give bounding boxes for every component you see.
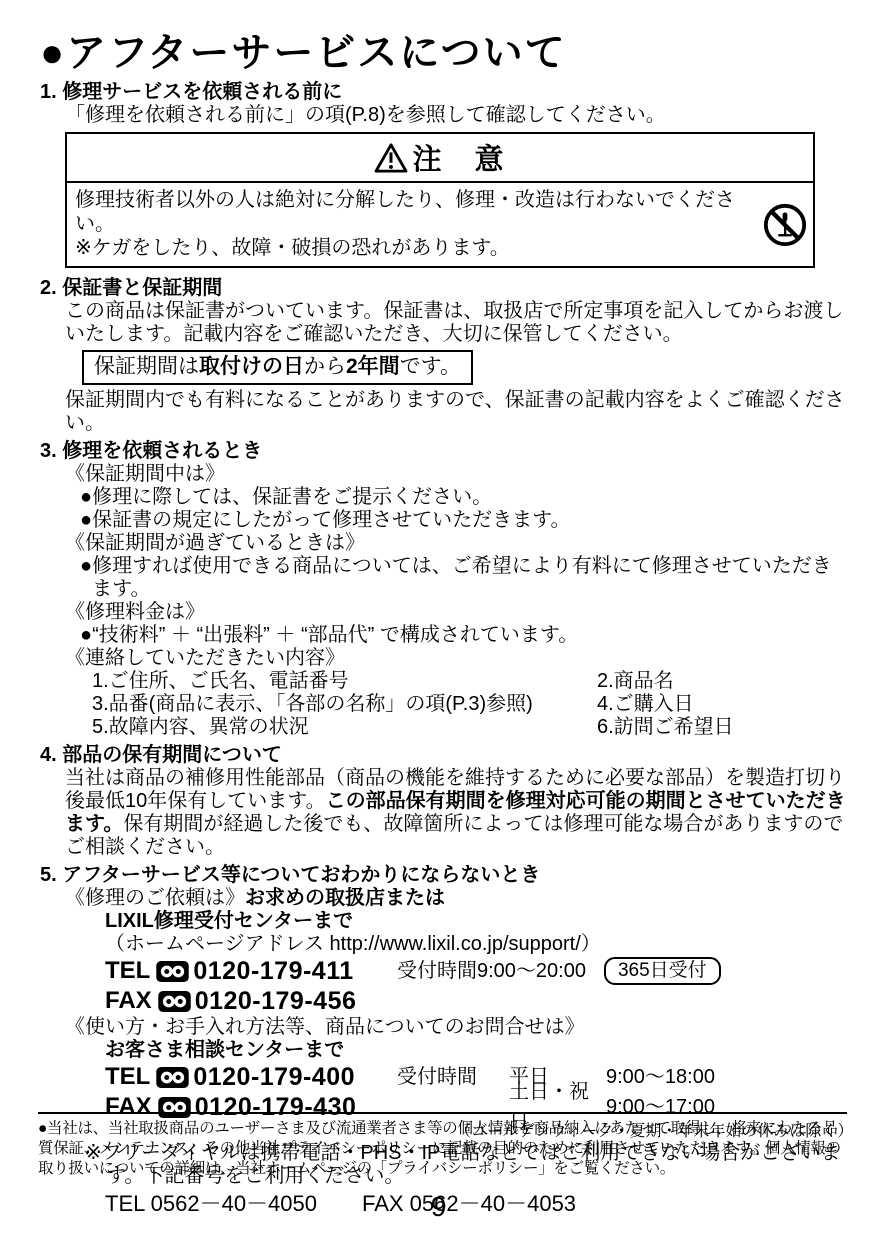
repair-center-line: LIXIL修理受付センターまで（ホームページアドレス http://www.li… <box>105 910 847 956</box>
no-disassembly-icon <box>762 202 808 248</box>
tel-label: TEL <box>105 956 150 986</box>
repair-request-line: 《修理のご依頼は》お求めの取扱店または <box>65 887 847 910</box>
freedial-icon <box>158 991 191 1012</box>
during-warranty-label: 《保証期間中は》 <box>65 463 847 486</box>
bullet-icon: ● <box>80 555 92 601</box>
page-number: 9 <box>0 1192 877 1222</box>
repair-request-bold: お求めの取扱店または <box>245 887 445 909</box>
section2-body: この商品は保証書がついています。保証書は、取扱店で所定事項を記入してからお渡しい… <box>65 300 847 346</box>
warranty-period-box: 保証期間は取付けの日から2年間です。 <box>82 350 473 385</box>
list-item: ● 修理に際しては、保証書をご提示ください。 <box>80 486 847 509</box>
list-item: ● “技術料” ＋ “出張料” ＋ “部品代” で構成されています。 <box>80 624 847 647</box>
bullet-icon: ● <box>80 624 92 647</box>
freedial-icon <box>156 1067 189 1088</box>
bullet-icon: ● <box>80 486 92 509</box>
contact-info-item: 5.故障内容、異常の状況 <box>92 716 597 739</box>
bullet-icon: ● <box>40 30 64 76</box>
fax1-number: 0120-179-456 <box>195 986 357 1016</box>
contact-info-item: 4.ご購入日 <box>597 693 694 716</box>
contact-info-row: 3.品番(商品に表示、「各部の名称」の項(P.3)参照) 4.ご購入日 <box>92 693 847 716</box>
fax1-number-group: FAX 0120-179-456 <box>105 986 397 1016</box>
privacy-footer: ●当社は、当社取扱商品のユーザーさま及び流通業者さま等の個人情報を商品納入にあた… <box>38 1112 847 1179</box>
page-title-text: アフターサービスについて <box>66 30 566 76</box>
manual-page: ● アフターサービスについて 1. 修理サービスを依頼される前に 「修理を依頼さ… <box>0 0 877 1240</box>
inquiry-label: 《使い方・お手入れ方法等、商品についてのお問合せは》 <box>65 1016 847 1039</box>
weekday-hours: 9:00～18:00 <box>606 1062 715 1092</box>
tel-label: TEL <box>105 1062 150 1092</box>
warranty-mid: から <box>304 355 346 378</box>
tel1-row: TEL 0120-179-411 受付時間9:00～20:00 365日受付 <box>105 956 847 986</box>
repair-center-url: （ホームページアドレス http://www.lixil.co.jp/suppo… <box>105 933 601 955</box>
section1-body: 「修理を依頼される前に」の項(P.8)を参照して確認してください。 <box>65 104 847 127</box>
fax1-row: FAX 0120-179-456 <box>105 986 847 1016</box>
after-warranty-label: 《保証期間が過ぎているときは》 <box>65 532 847 555</box>
list-item-text: 修理に際しては、保証書をご提示ください。 <box>92 486 492 509</box>
warranty-bold-two-years: 2年間 <box>346 355 400 378</box>
contact-info-item: 6.訪問ご希望日 <box>597 716 734 739</box>
list-item: ● 修理すれば使用できる商品については、ご希望により有料にて修理させていただきま… <box>80 555 847 601</box>
section3-heading: 3. 修理を依頼されるとき <box>40 439 847 463</box>
page-title: ● アフターサービスについて <box>40 30 847 76</box>
warranty-text: 保証期間は <box>94 355 199 378</box>
caution-header: 注 意 <box>67 134 813 183</box>
tel2-number-group: TEL 0120-179-400 <box>105 1062 397 1092</box>
list-item-text: “技術料” ＋ “出張料” ＋ “部品代” で構成されています。 <box>92 624 578 647</box>
contact-info-item: 3.品番(商品に表示、「各部の名称」の項(P.3)参照) <box>92 693 597 716</box>
caution-line1: 修理技術者以外の人は絶対に分解したり、修理・改造は行わないでください。 <box>75 188 753 236</box>
contact-info-label: 《連絡していただきたい内容》 <box>65 647 847 670</box>
hours-label: 受付時間 <box>397 1062 509 1092</box>
caution-body: 修理技術者以外の人は絶対に分解したり、修理・改造は行わないでください。 ※ケガを… <box>67 183 813 266</box>
tel1-hours: 受付時間9:00～20:00 <box>397 956 586 986</box>
contact-info-row: 1.ご住所、ご氏名、電話番号 2.商品名 <box>92 670 847 693</box>
tel2-number: 0120-179-400 <box>193 1062 355 1092</box>
repair-request-label: 《修理のご依頼は》 <box>65 887 245 909</box>
contact-info-item: 1.ご住所、ご氏名、電話番号 <box>92 670 597 693</box>
freedial-icon <box>156 961 189 982</box>
contact-info-row: 5.故障内容、異常の状況 6.訪問ご希望日 <box>92 716 847 739</box>
section4-heading: 4. 部品の保有期間について <box>40 743 847 767</box>
bullet-icon: ● <box>80 509 92 532</box>
section4-body: 当社は商品の補修用性能部品（商品の機能を維持するために必要な部品）を製造打切り後… <box>65 767 847 859</box>
section1-heading: 1. 修理サービスを依頼される前に <box>40 80 847 104</box>
list-item-text: 修理すれば使用できる商品については、ご希望により有料にて修理させていただきます。 <box>92 555 847 601</box>
days-badge: 365日受付 <box>604 957 721 985</box>
section2-note: 保証期間内でも有料になることがありますので、保証書の記載内容をよくご確認ください… <box>65 389 847 435</box>
customer-center-name: お客さま相談センターまで <box>105 1039 847 1062</box>
warranty-post: です。 <box>400 355 461 378</box>
list-item-text: 保証書の規定にしたがって修理させていただきます。 <box>92 509 570 532</box>
section5-heading: 5. アフターサービス等についておわかりにならないとき <box>40 863 847 887</box>
list-item: ● 保証書の規定にしたがって修理させていただきます。 <box>80 509 847 532</box>
tel2-row: TEL 0120-179-400 受付時間 平日 9:00～18:00 <box>105 1062 847 1092</box>
repair-fee-label: 《修理料金は》 <box>65 601 847 624</box>
section2-heading: 2. 保証書と保証期間 <box>40 276 847 300</box>
tel1-number-group: TEL 0120-179-411 <box>105 956 397 986</box>
caution-line2: ※ケガをしたり、故障・破損の恐れがあります。 <box>75 236 753 260</box>
tel1-number: 0120-179-411 <box>193 956 353 986</box>
warning-triangle-icon <box>374 143 408 173</box>
caution-title: 注 意 <box>412 137 505 178</box>
contact-info-item: 2.商品名 <box>597 670 674 693</box>
fax-label: FAX <box>105 986 152 1016</box>
section4-text-2: 保有期間が経過した後でも、故障箇所によっては修理可能な場合がありますのでご相談く… <box>65 813 843 858</box>
repair-center-name: LIXIL修理受付センターまで <box>105 910 353 932</box>
warranty-bold-install-day: 取付けの日 <box>199 355 304 378</box>
caution-box: 注 意 修理技術者以外の人は絶対に分解したり、修理・改造は行わないでください。 … <box>65 132 815 268</box>
